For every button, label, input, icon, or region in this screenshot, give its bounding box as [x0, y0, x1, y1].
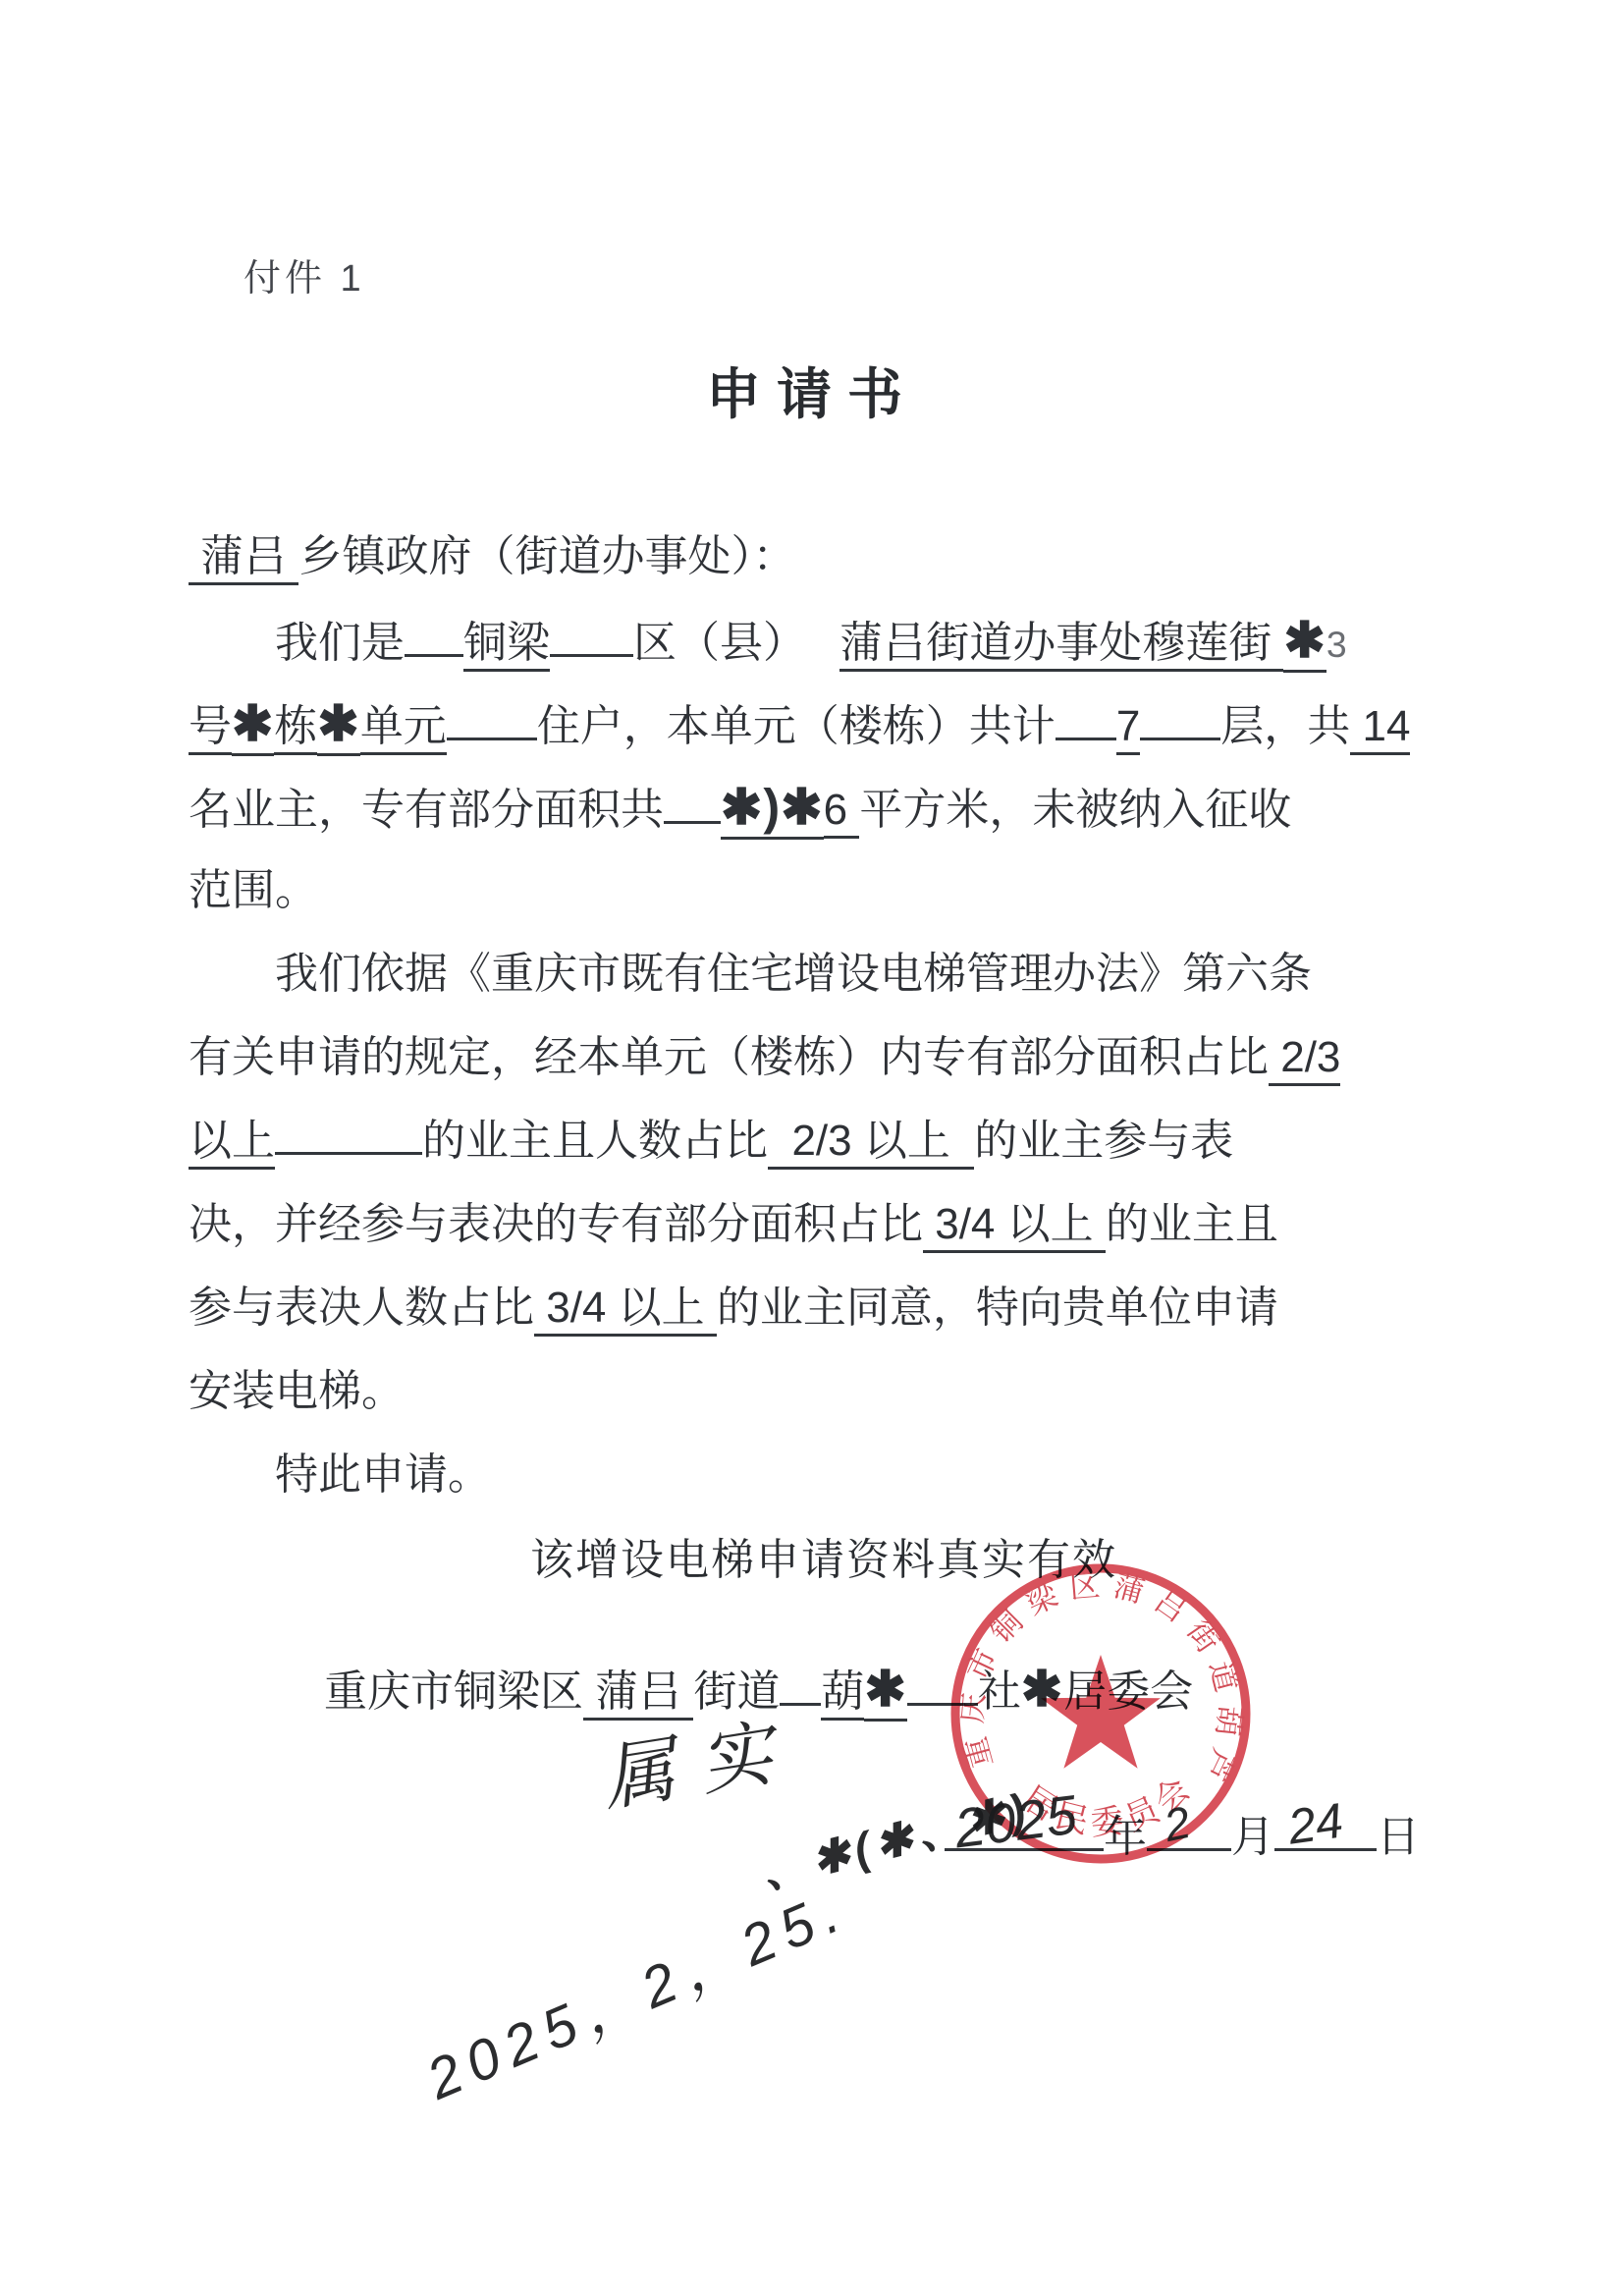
handwritten-day: 24 — [1284, 1791, 1346, 1855]
text-segment: 6 — [824, 786, 860, 839]
masked-text: ✱)✱ — [721, 779, 824, 840]
text-segment: 的业主同意，特向贵单位申请 — [717, 1284, 1278, 1332]
text-segment: 重庆市铜梁区 — [324, 1667, 583, 1716]
text-segment: 乡镇政府（街道办事处）： — [298, 532, 795, 580]
text-segment: 名业主，专有部分面积共 — [189, 786, 664, 834]
body-line: 决，并经参与表决的专有部分面积占比 3/4 以上 的业主且 — [189, 1182, 1524, 1266]
text-segment: 我们依据《重庆市既有住宅增设电梯管理办法》第六条 — [189, 950, 1312, 998]
text-segment: 3 — [1326, 624, 1347, 665]
body-line: 蒲吕 乡镇政府（街道办事处）： — [189, 515, 1524, 598]
blank-underline — [1140, 692, 1220, 740]
blank-underline — [275, 1107, 422, 1155]
body-line: 号✱栋✱单元住户，本单元（楼栋）共计7层，共 14 — [189, 682, 1524, 765]
text-segment: 有关申请的规定，经本单元（楼栋）内专有部分面积占比 — [189, 1033, 1269, 1081]
text-segment: 以上 — [189, 1117, 275, 1170]
text-segment: 葫 — [821, 1667, 864, 1721]
text-segment: 平方米，未被纳入征收 — [859, 786, 1291, 834]
text-segment: 7 — [1116, 702, 1140, 755]
text-segment: 安装电梯。 — [189, 1367, 405, 1415]
text-segment: 区（县） — [633, 619, 785, 667]
text-segment: 层，共 — [1220, 702, 1350, 750]
masked-text: ✱ — [317, 695, 359, 756]
body-line: 范围。 — [189, 848, 1524, 932]
text-segment: 3/4 以上 — [534, 1284, 717, 1337]
body-line: 名业主，专有部分面积共✱)✱6 平方米，未被纳入征收 — [189, 765, 1524, 848]
text-segment: 的业主且人数占比 — [422, 1117, 768, 1165]
text-segment: 蒲吕 — [189, 532, 298, 585]
body-text: 蒲吕 乡镇政府（街道办事处）： 我们是铜梁区（县） 蒲吕街道办事处穆莲街 ✱3号… — [189, 515, 1524, 1516]
blank-underline — [447, 692, 537, 740]
masked-text: ✱ — [232, 695, 274, 756]
text-segment: 我们是 — [189, 619, 405, 667]
text-segment: 号 — [189, 702, 232, 755]
page-title: 申请书 — [0, 352, 1624, 430]
handwritten-date: 2025，2，25. — [412, 1864, 858, 2115]
body-line: 特此申请。 — [189, 1433, 1524, 1516]
text-segment: 3/4 以上 — [923, 1200, 1106, 1253]
text-segment: 栋 — [274, 702, 317, 755]
blank-underline — [550, 609, 633, 657]
text-segment: 2/3 — [1269, 1033, 1340, 1086]
text-segment — [785, 619, 839, 667]
text-segment: 蒲吕街道办事处穆莲街 — [839, 619, 1283, 672]
text-segment: 铜梁 — [463, 619, 550, 672]
text-segment: 特此申请。 — [189, 1450, 491, 1499]
body-line: 参与表决人数占比 3/4 以上 的业主同意，特向贵单位申请 — [189, 1266, 1524, 1349]
text-segment: 14 — [1350, 702, 1410, 755]
text-segment: 单元 — [360, 702, 447, 755]
text-segment: 的业主参与表 — [974, 1117, 1233, 1165]
text-segment: 参与表决人数占比 — [189, 1284, 534, 1332]
body-line: 安装电梯。 — [189, 1349, 1524, 1433]
blank-underline — [405, 609, 463, 657]
text-segment: 2/3 以上 — [768, 1117, 974, 1170]
blank-underline — [1056, 692, 1116, 740]
body-line: 我们依据《重庆市既有住宅增设电梯管理办法》第六条 — [189, 932, 1524, 1015]
body-line: 以上的业主且人数占比 2/3 以上 的业主参与表 — [189, 1099, 1524, 1182]
text-segment: 日 — [1377, 1813, 1420, 1861]
text-segment: 的业主且 — [1106, 1200, 1278, 1248]
blank-underline — [664, 776, 721, 824]
masked-text: ✱ — [864, 1661, 906, 1722]
attachment-label: 付件 1 — [244, 247, 365, 301]
text-segment: 住户，本单元（楼栋）共计 — [537, 702, 1056, 750]
text-segment: 决，并经参与表决的专有部分面积占比 — [189, 1200, 923, 1248]
seal-star-icon — [1041, 1655, 1161, 1769]
body-line: 有关申请的规定，经本单元（楼栋）内专有部分面积占比 2/3 — [189, 1015, 1524, 1099]
text-segment: 范围。 — [189, 866, 318, 914]
masked-text: ✱ — [1283, 612, 1326, 673]
body-line: 我们是铜梁区（县） 蒲吕街道办事处穆莲街 ✱3 — [189, 598, 1524, 682]
scanned-application-document: 付件 1 申请书 蒲吕 乡镇政府（街道办事处）： 我们是铜梁区（县） 蒲吕街道办… — [0, 0, 1624, 2296]
